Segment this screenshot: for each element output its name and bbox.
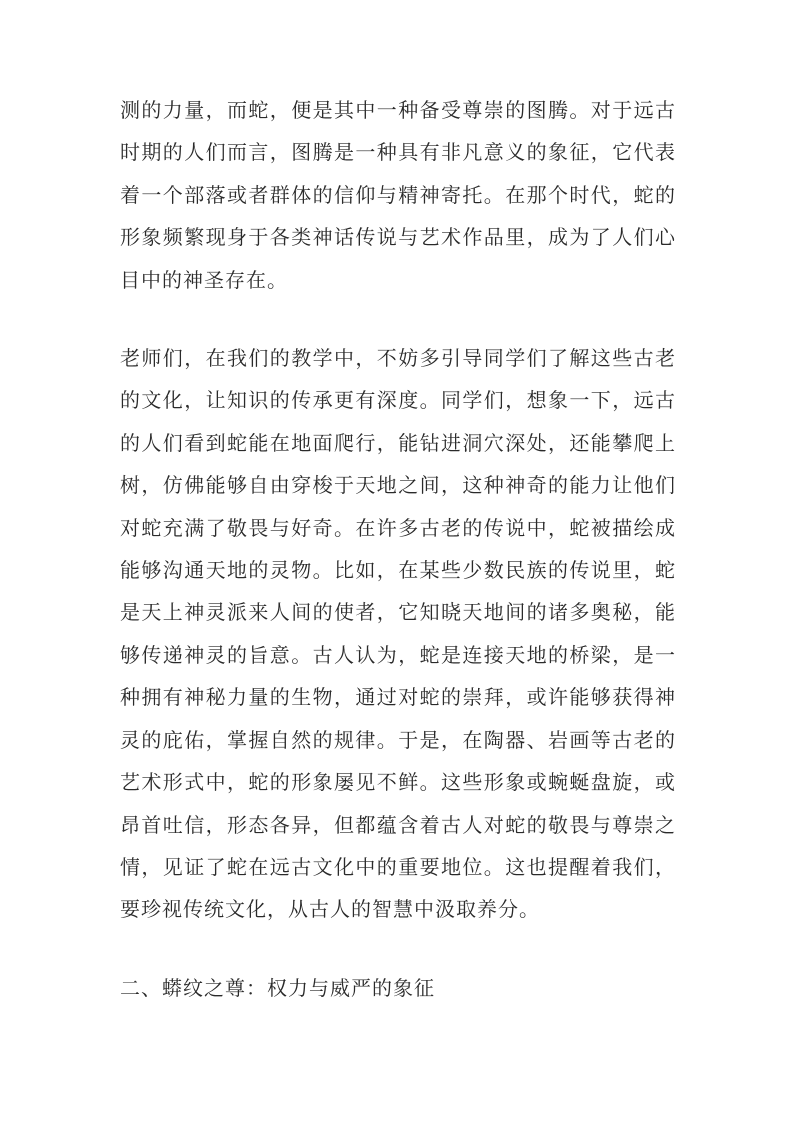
text-line: 测的力量，而蛇，便是其中一种备受尊崇的图腾。对于远古 xyxy=(120,90,676,132)
text-line: 种拥有神秘力量的生物，通过对蛇的崇拜，或许能够获得神 xyxy=(120,677,676,719)
text-line: 树，仿佛能够自由穿梭于天地之间，这种神奇的能力让他们 xyxy=(120,465,676,507)
text-line: 艺术形式中，蛇的形象屡见不鲜。这些形象或蜿蜒盘旋，或 xyxy=(120,762,676,804)
text-line: 昂首吐信，形态各异，但都蕴含着古人对蛇的敬畏与尊崇之 xyxy=(120,805,676,847)
paragraph-1: 测的力量，而蛇，便是其中一种备受尊崇的图腾。对于远古 时期的人们而言，图腾是一种… xyxy=(120,90,676,302)
document-page: 测的力量，而蛇，便是其中一种备受尊崇的图腾。对于远古 时期的人们而言，图腾是一种… xyxy=(0,0,793,1122)
text-line: 情，见证了蛇在远古文化中的重要地位。这也提醒着我们， xyxy=(120,847,676,889)
text-line: 要珍视传统文化，从古人的智慧中汲取养分。 xyxy=(120,889,676,931)
text-line: 老师们，在我们的教学中，不妨多引导同学们了解这些古老 xyxy=(120,338,676,380)
section-heading: 二、蟒纹之尊：权力与威严的象征 xyxy=(120,968,676,1010)
text-line: 是天上神灵派来人间的使者，它知晓天地间的诸多奥秘，能 xyxy=(120,592,676,634)
text-line: 着一个部落或者群体的信仰与精神寄托。在那个时代，蛇的 xyxy=(120,175,676,217)
text-line: 的人们看到蛇能在地面爬行，能钻进洞穴深处，还能攀爬上 xyxy=(120,423,676,465)
text-block: 测的力量，而蛇，便是其中一种备受尊崇的图腾。对于远古 时期的人们而言，图腾是一种… xyxy=(120,90,676,1010)
text-line: 对蛇充满了敬畏与好奇。在许多古老的传说中，蛇被描绘成 xyxy=(120,508,676,550)
text-line: 时期的人们而言，图腾是一种具有非凡意义的象征，它代表 xyxy=(120,132,676,174)
paragraph-2: 老师们，在我们的教学中，不妨多引导同学们了解这些古老 的文化，让知识的传承更有深… xyxy=(120,338,676,932)
text-line: 目中的神圣存在。 xyxy=(120,260,676,302)
text-line: 形象频繁现身于各类神话传说与艺术作品里，成为了人们心 xyxy=(120,217,676,259)
text-line: 能够沟通天地的灵物。比如，在某些少数民族的传说里，蛇 xyxy=(120,550,676,592)
text-line: 的文化，让知识的传承更有深度。同学们，想象一下，远古 xyxy=(120,380,676,422)
text-line: 灵的庇佑，掌握自然的规律。于是，在陶器、岩画等古老的 xyxy=(120,720,676,762)
text-line: 够传递神灵的旨意。古人认为，蛇是连接天地的桥梁，是一 xyxy=(120,635,676,677)
